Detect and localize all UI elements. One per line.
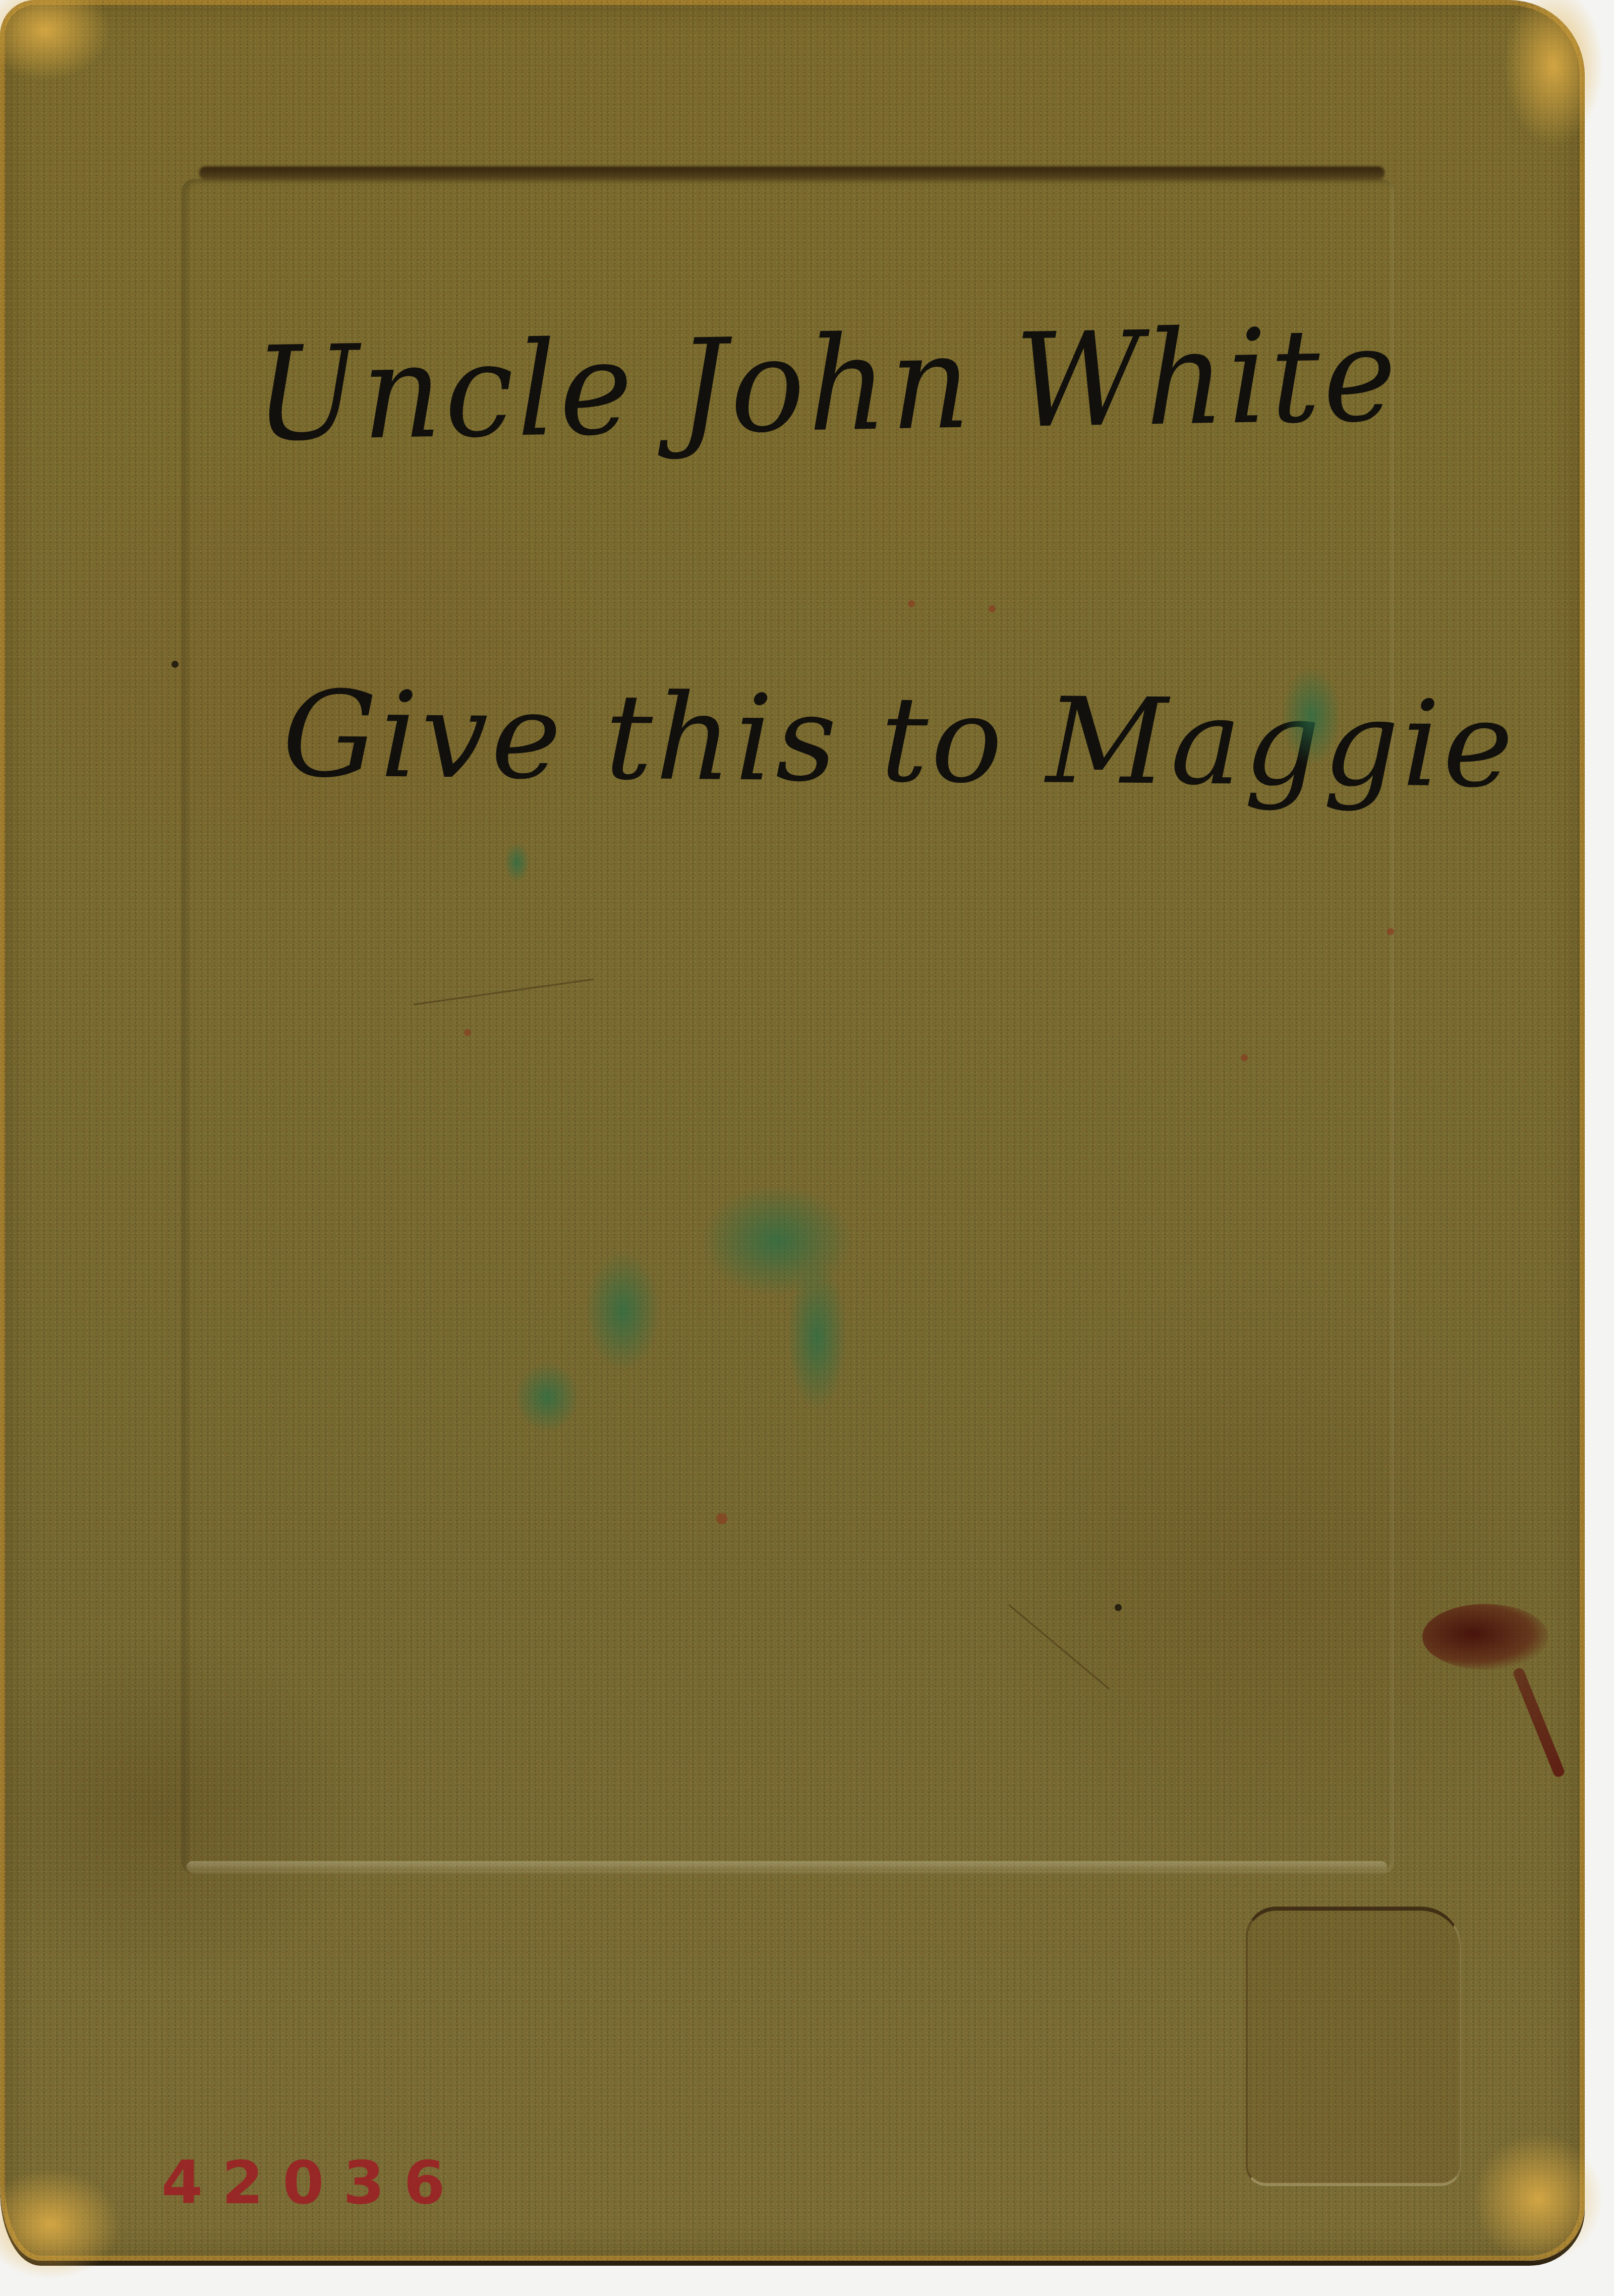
speck <box>989 605 996 612</box>
green-ink-residue <box>787 1261 847 1412</box>
embossed-frame-bottom-ridge <box>187 1861 1387 1872</box>
speck <box>171 661 179 668</box>
green-ink-residue <box>504 842 530 883</box>
brown-stain <box>1422 1604 1548 1670</box>
embossed-mark <box>1246 1907 1461 2186</box>
catalog-number-stamp: 42036 <box>161 2148 465 2217</box>
green-ink-residue <box>1281 666 1342 767</box>
speck <box>1115 1604 1122 1611</box>
speck <box>1241 1054 1248 1061</box>
speck <box>716 1513 727 1524</box>
inscription-line-1: Uncle John White <box>253 299 1400 470</box>
speck <box>464 1029 471 1036</box>
speck <box>908 600 915 607</box>
speck <box>1387 928 1394 935</box>
green-ink-residue <box>585 1251 661 1372</box>
worn-corner-bottom-right <box>1473 2134 1604 2265</box>
green-ink-residue <box>514 1362 580 1432</box>
embossed-frame-top-line <box>199 166 1385 180</box>
